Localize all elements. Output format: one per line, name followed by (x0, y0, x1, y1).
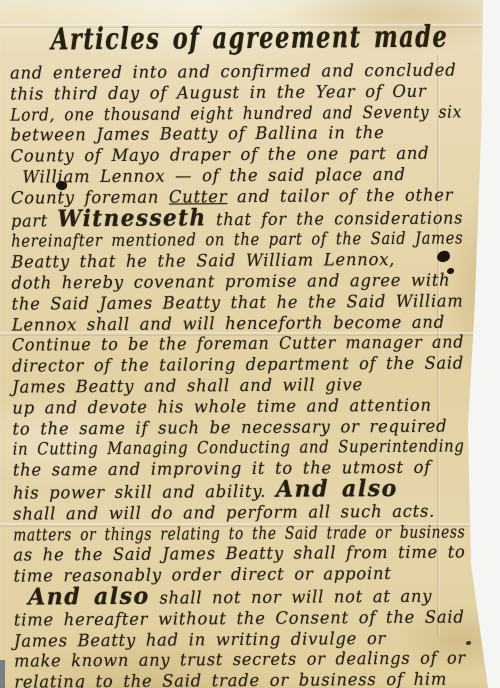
manuscript-line: matters or things relating to the Said t… (13, 523, 394, 546)
manuscript-text-segment: director of the tailoring department of … (12, 354, 464, 377)
manuscript-text-segment: that for the considerations (206, 208, 463, 230)
manuscript-text-segment: and tailor of the other (227, 185, 453, 207)
manuscript-text-segment: make known any trust secrets or dealings… (14, 649, 466, 672)
document-title: Articles of agreement made (51, 15, 449, 64)
manuscript-text-segment: County of Mayo draper of the one part an… (11, 144, 430, 167)
manuscript-text: Articles of agreement madeand entered in… (10, 14, 485, 688)
manuscript-text-segment: in Cutting Managing Conducting and Super… (13, 437, 465, 460)
manuscript-text-segment: James Beatty and shall and will give (12, 375, 363, 397)
manuscript-text-segment: matters or things relating to the Said t… (13, 522, 465, 545)
manuscript-text-segment: Lennox shall and will henceforth become … (12, 312, 445, 335)
manuscript-text-segment: the Said James Beatty that he the Said W… (12, 291, 464, 314)
manuscript-text-segment: to the same if such be necessary or requ… (12, 416, 447, 439)
manuscript-text-segment: part (11, 211, 57, 231)
manuscript-line: his power skill and ability. And also (13, 478, 465, 504)
manuscript-text-segment: Continue to be the foreman Cutter manage… (12, 333, 464, 356)
manuscript-line: relating to the Said trade or business o… (14, 670, 466, 688)
manuscript-line: in Cutting Managing Conducting and Super… (13, 437, 422, 461)
manuscript-text-segment: time hereafter without the Consent of th… (14, 607, 465, 630)
manuscript-text-segment: And also (28, 583, 150, 611)
manuscript-text-segment: Lord, one thousand eight hundred and Sev… (10, 102, 462, 125)
manuscript-text-segment: between James Beatty of Ballina in the (10, 123, 384, 146)
manuscript-text-segment: hereinafter mentioned on the part of the… (11, 229, 463, 252)
photo-background: Articles of agreement madeand entered in… (0, 0, 500, 688)
manuscript-text-segment: as he the Said James Beatty shall from t… (13, 543, 465, 566)
manuscript-text-segment: William Lennox — of the said place and (22, 165, 406, 188)
manuscript-text-segment: Witnesseth (57, 204, 206, 232)
manuscript-line: part Witnesseth that for the considerati… (11, 206, 452, 232)
manuscript-text-segment: shall and will do and perform all such a… (13, 501, 435, 524)
edge-shadow (0, 660, 5, 688)
manuscript-text-segment: and entered into and confirmed and concl… (10, 61, 457, 84)
manuscript-text-segment: relating to the Said trade or business o… (14, 670, 447, 688)
manuscript-text-segment: his power skill and ability. (13, 482, 276, 504)
manuscript-line: Articles of agreement made (10, 15, 362, 63)
manuscript-text-segment: And also (276, 475, 398, 503)
manuscript-line: hereinafter mentioned on the part of the… (11, 229, 417, 253)
manuscript-text-segment: shall not nor will not at any (150, 587, 433, 609)
ink-blot (466, 641, 471, 645)
manuscript-text-segment: doth hereby covenant promise and agree w… (11, 271, 450, 294)
ink-blot (447, 268, 454, 274)
manuscript-paper: Articles of agreement madeand entered in… (0, 0, 500, 688)
manuscript-line: Lord, one thousand eight hundred and Sev… (10, 102, 433, 126)
manuscript-text-segment: Beatty that he the Said William Lennox, (11, 250, 395, 273)
manuscript-text-segment: James Beatty had in writing divulge or (14, 629, 386, 652)
manuscript-text-segment: this third day of August in the Year of … (10, 82, 426, 105)
manuscript-line: And also shall not nor will not at any (14, 584, 465, 610)
manuscript-text-segment: up and devote his whole time and attenti… (12, 395, 431, 418)
